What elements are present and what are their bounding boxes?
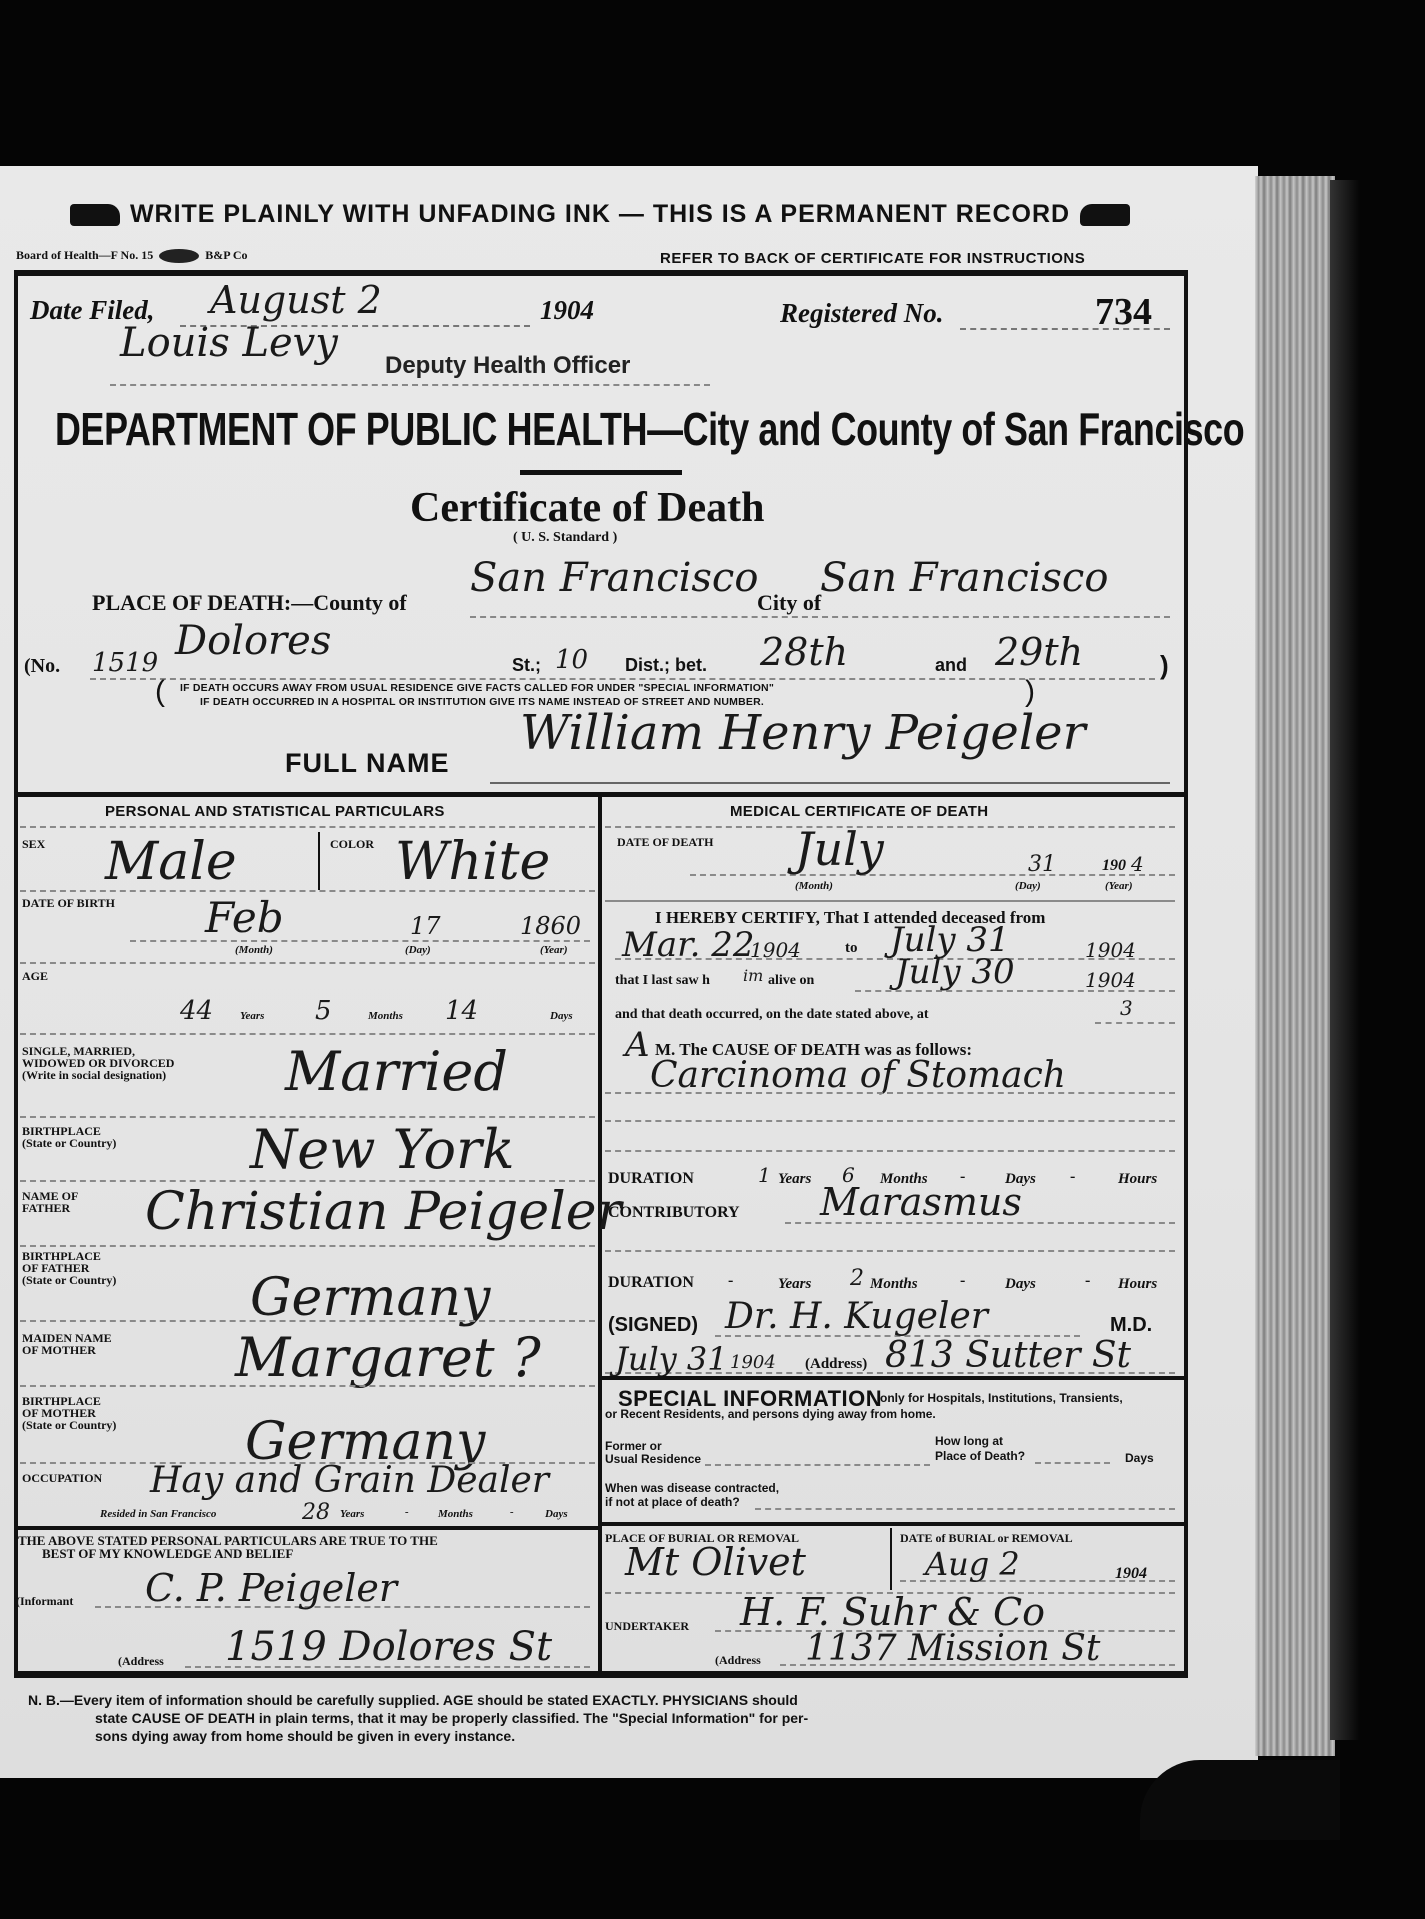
street-number: 1519 — [92, 648, 158, 678]
printer-name: B&P Co — [205, 248, 247, 262]
sex-color-divider — [318, 832, 320, 890]
duration2-days: - — [960, 1272, 965, 1290]
standard-subtitle: ( U. S. Standard ) — [513, 530, 617, 546]
days-caption: Days — [550, 1010, 573, 1022]
resided-years-caption: Years — [340, 1508, 364, 1520]
months-caption: Months — [368, 1010, 403, 1022]
contracted-label-1: When was disease contracted, — [605, 1482, 779, 1494]
personal-heading: PERSONAL AND STATISTICAL PARTICULARS — [105, 803, 445, 820]
dob-month: Feb — [205, 893, 284, 942]
dod-day-caption: (Day) — [1015, 880, 1041, 892]
form-id: Board of Health—F No. 15 — [16, 248, 153, 262]
page-shadow — [1330, 180, 1360, 1740]
special-divider — [598, 1376, 1186, 1380]
burial-date-value: Aug 2 — [925, 1545, 1020, 1583]
years-caption: Years — [240, 1010, 264, 1022]
ward-number: 10 — [555, 645, 588, 675]
resided-label: Resided in San Francisco — [100, 1508, 216, 1520]
duration2-months: 2 — [850, 1266, 864, 1291]
duration2-days-caption: Days — [1005, 1276, 1036, 1293]
dob-rule — [130, 940, 590, 942]
row-rule — [20, 1385, 595, 1387]
contributory-label: CONTRIBUTORY — [608, 1204, 740, 1222]
county-value: San Francisco — [470, 555, 758, 601]
how-long-days: Days — [1125, 1452, 1154, 1464]
signed-year: 1904 — [730, 1352, 776, 1373]
physician-address-label: (Address) — [805, 1356, 867, 1373]
occurred-text: and that death occurred, on the date sta… — [615, 1007, 929, 1023]
title-divider — [520, 470, 682, 475]
st-label: St.; — [512, 655, 541, 676]
informant-label: (Informant — [16, 1595, 73, 1607]
duration2-hours: - — [1085, 1272, 1090, 1290]
resided-days: - — [510, 1506, 514, 1518]
special-info-scope: only for Hospitals, Institutions, Transi… — [880, 1392, 1123, 1404]
pointing-hand-icon — [70, 204, 120, 226]
month-caption: (Month) — [235, 944, 273, 956]
banner-text: WRITE PLAINLY WITH UNFADING INK — THIS I… — [130, 200, 1070, 229]
dod-year-suffix: 4 — [1131, 852, 1144, 876]
alive-on-label: alive on — [768, 973, 814, 989]
informant-divider — [18, 1526, 598, 1530]
place-rule — [470, 616, 1170, 618]
dob-label: DATE OF BIRTH — [22, 897, 115, 909]
contributory-value: Marasmus — [820, 1180, 1022, 1224]
cause-of-death: Carcinoma of Stomach — [650, 1055, 1066, 1096]
year-caption: (Year) — [540, 944, 568, 956]
how-long-label-2: Place of Death? — [935, 1450, 1025, 1462]
burial-divider — [598, 1522, 1186, 1526]
duration-hours: - — [1070, 1168, 1075, 1186]
residence-instruction: IF DEATH OCCURS AWAY FROM USUAL RESIDENC… — [180, 682, 774, 694]
full-name-value: William Henry Peigeler — [520, 705, 1086, 761]
contracted-label-2: if not at place of death? — [605, 1496, 740, 1508]
nb-line-2: state CAUSE OF DEATH in plain terms, tha… — [95, 1710, 808, 1726]
close-bracket: ) — [1025, 675, 1035, 709]
father-birthplace-value: Germany — [250, 1268, 490, 1328]
color-label: COLOR — [330, 838, 374, 850]
informant-address: 1519 Dolores St — [225, 1624, 552, 1670]
time-of-death: 3 — [1120, 996, 1133, 1020]
to-label: to — [845, 940, 858, 957]
resided-months: - — [405, 1506, 409, 1518]
attended-from-year: 1904 — [750, 938, 801, 962]
occupation-value: Hay and Grain Dealer — [150, 1460, 549, 1501]
city-label: City of — [757, 590, 821, 616]
former-residence-label-1: Former or — [605, 1440, 662, 1452]
row-rule — [20, 890, 595, 892]
row-rule — [20, 1245, 595, 1247]
signed-date: July 31 — [615, 1340, 728, 1378]
mother-bp-label-3: (State or Country) — [22, 1419, 116, 1431]
date-filed-year: 1904 — [540, 295, 594, 326]
dod-month: July — [795, 822, 884, 876]
physician-address: 813 Sutter St — [885, 1335, 1131, 1376]
row-rule — [605, 826, 1175, 828]
officer-signature: Louis Levy — [120, 320, 338, 366]
duration-years-caption: Years — [778, 1171, 811, 1188]
officer-rule — [110, 384, 710, 386]
duration-hours-caption: Hours — [1118, 1171, 1157, 1188]
dod-day: 31 — [1028, 852, 1056, 877]
marital-label-3: (Write in social designation) — [22, 1069, 166, 1081]
resided-months-caption: Months — [438, 1508, 473, 1520]
how-long-label-1: How long at — [935, 1435, 1003, 1447]
duration-years: 1 — [758, 1163, 771, 1187]
row-rule — [20, 1320, 595, 1322]
dod-year-caption: (Year) — [1105, 880, 1133, 892]
undertaker-address: 1137 Mission St — [805, 1628, 1100, 1669]
duration-label: DURATION — [608, 1170, 694, 1188]
sex-value: Male — [105, 832, 237, 892]
date-of-death-label: DATE OF DEATH — [617, 836, 713, 848]
attest-line-2: BEST OF MY KNOWLEDGE AND BELIEF — [42, 1548, 293, 1560]
last-saw-pronoun: im — [743, 966, 763, 985]
row-rule — [20, 826, 595, 828]
duration2-hours-caption: Hours — [1118, 1276, 1157, 1293]
md-label: M.D. — [1110, 1314, 1152, 1337]
undertaker-address-label: (Address — [715, 1654, 761, 1666]
dod-year-prefix: 190 — [1102, 857, 1126, 875]
last-saw-label: that I last saw h — [615, 973, 710, 989]
row-rule — [605, 900, 1175, 902]
birthplace-label-2: (State or Country) — [22, 1137, 116, 1149]
former-residence-rule — [705, 1464, 930, 1466]
time-rule — [1095, 1022, 1175, 1024]
certificate-title: Certificate of Death — [410, 484, 765, 532]
contracted-rule — [755, 1508, 1175, 1510]
undertaker-label: UNDERTAKER — [605, 1620, 689, 1632]
date-filed-value: August 2 — [210, 278, 382, 322]
special-info-scope-2: or Recent Residents, and persons dying a… — [605, 1408, 936, 1420]
permanent-record-banner: WRITE PLAINLY WITH UNFADING INK — THIS I… — [70, 200, 1130, 229]
pointing-hand-icon — [1080, 204, 1130, 226]
close-paren: ) — [1160, 650, 1169, 681]
form-number: Board of Health—F No. 15 B&P Co — [16, 248, 248, 263]
burial-place-value: Mt Olivet — [625, 1540, 806, 1584]
cause-rule-3 — [605, 1150, 1175, 1152]
street-no-label: (No. — [24, 655, 60, 678]
duration2-label: DURATION — [608, 1274, 694, 1292]
dob-year: 1860 — [520, 912, 581, 940]
row-rule — [605, 1250, 1175, 1252]
open-bracket: ( — [155, 675, 165, 709]
full-name-rule — [490, 782, 1170, 784]
age-years: 44 — [180, 996, 213, 1026]
and-label: and — [935, 655, 967, 676]
signed-label: (SIGNED) — [608, 1314, 698, 1337]
age-days: 14 — [445, 996, 478, 1026]
birthplace-value: New York — [250, 1118, 515, 1181]
last-saw-year: 1904 — [1085, 968, 1136, 992]
color-value: White — [395, 832, 550, 892]
resided-years: 28 — [302, 1500, 330, 1525]
former-residence-label-2: Usual Residence — [605, 1453, 701, 1465]
resided-days-caption: Days — [545, 1508, 568, 1520]
place-of-death-label: PLACE OF DEATH:—County of — [92, 590, 407, 616]
cross-street-1: 28th — [760, 630, 848, 674]
last-saw-date: July 30 — [895, 952, 1015, 992]
attended-to-year: 1904 — [1085, 938, 1136, 962]
duration2-years: - — [728, 1272, 733, 1290]
burial-col-divider — [890, 1528, 892, 1590]
burial-date-label: DATE of BURIAL or REMOVAL — [900, 1532, 1073, 1544]
full-name-label: FULL NAME — [285, 748, 450, 779]
age-label: AGE — [22, 970, 48, 982]
nb-line-1: N. B.—Every item of information should b… — [28, 1692, 798, 1708]
how-long-rule — [1035, 1462, 1110, 1464]
department-title: DEPARTMENT OF PUBLIC HEALTH—City and Cou… — [55, 402, 1244, 456]
page-corner-shadow — [1140, 1760, 1340, 1840]
dod-month-caption: (Month) — [795, 880, 833, 892]
officer-title: Deputy Health Officer — [385, 352, 630, 380]
sex-label: SEX — [22, 838, 45, 850]
nb-line-3: sons dying away from home should be give… — [95, 1728, 515, 1744]
informant-value: C. P. Peigeler — [145, 1566, 397, 1610]
cause-rule — [605, 1092, 1175, 1094]
father-label-2: FATHER — [22, 1202, 70, 1214]
age-months: 5 — [315, 996, 332, 1026]
cause-rule-2 — [605, 1120, 1175, 1122]
father-bp-label-3: (State or Country) — [22, 1274, 116, 1286]
street-name: Dolores — [175, 618, 331, 664]
row-rule — [20, 962, 595, 964]
attended-from: Mar. 22 — [622, 925, 754, 965]
duration2-years-caption: Years — [778, 1276, 811, 1293]
father-value: Christian Peigeler — [145, 1182, 621, 1242]
city-value: San Francisco — [820, 555, 1108, 601]
dob-day: 17 — [410, 912, 441, 940]
meridiem: A — [625, 1025, 650, 1065]
refer-instructions: REFER TO BACK OF CERTIFICATE FOR INSTRUC… — [660, 250, 1085, 267]
dist-between-label: Dist.; bet. — [625, 655, 707, 676]
mother-label-2: OF MOTHER — [22, 1344, 96, 1356]
duration2-months-caption: Months — [870, 1276, 918, 1293]
registered-no-label: Registered No. — [780, 298, 943, 329]
union-seal-icon — [159, 249, 199, 263]
address-rule — [90, 678, 1155, 680]
cross-street-2: 29th — [995, 630, 1083, 674]
day-caption: (Day) — [405, 944, 431, 956]
marital-value: Married — [285, 1040, 508, 1103]
row-rule — [20, 1033, 595, 1035]
physician-signature: Dr. H. Kugeler — [725, 1296, 988, 1337]
burial-year: 1904 — [1115, 1565, 1147, 1583]
informant-address-label: (Address — [118, 1655, 164, 1667]
page-stack-edge — [1255, 176, 1335, 1756]
occupation-label: OCCUPATION — [22, 1472, 102, 1484]
mother-value: Margaret ? — [235, 1326, 541, 1389]
medical-heading: MEDICAL CERTIFICATE OF DEATH — [730, 803, 988, 820]
registered-no-value: 734 — [1095, 290, 1152, 334]
